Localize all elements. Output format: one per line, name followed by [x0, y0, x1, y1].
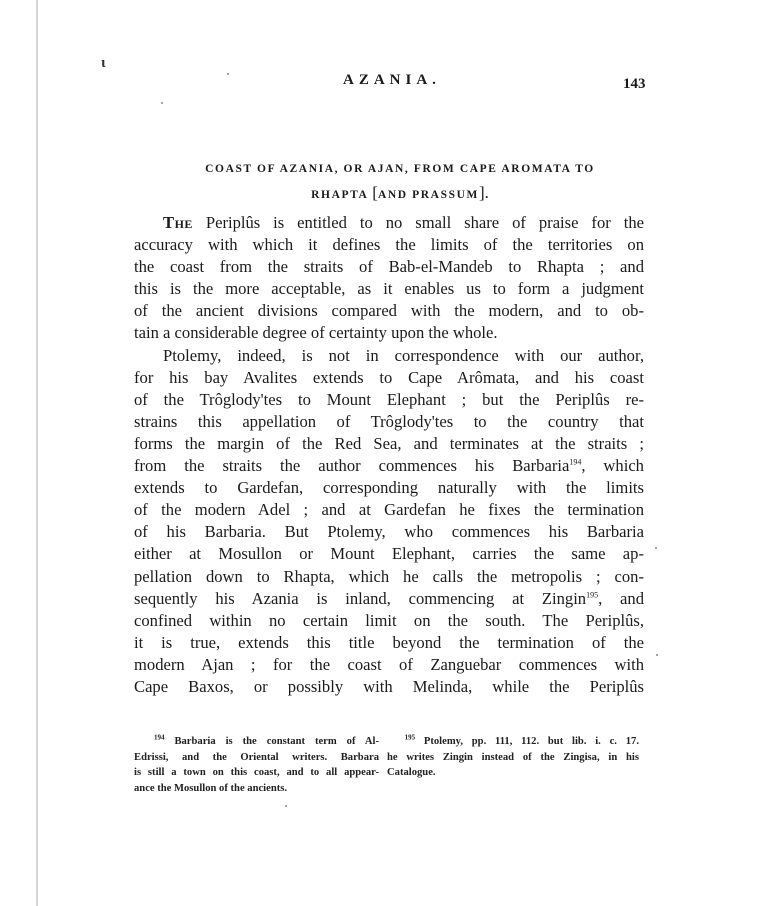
chapter-heading-bracket-text: AND PRASSUM	[378, 189, 479, 201]
footnote-line: 195 Ptolemy, pp. 111, 112. but lib. i. c…	[387, 734, 639, 750]
footnote-195: 195 Ptolemy, pp. 111, 112. but lib. i. c…	[387, 734, 639, 781]
text-line: the coast from the straits of Bab-el-Man…	[134, 256, 644, 278]
footnote-line: is still a town on this coast, and to al…	[134, 765, 379, 781]
chapter-heading-rhapta: RHAPTA	[311, 189, 368, 201]
scan-speck	[656, 654, 658, 656]
footnote-194: 194 Barbaria is the constant term of Al-…	[134, 734, 379, 796]
text-line: from the straits the author commences hi…	[134, 455, 644, 477]
text-line: of his Barbaria. But Ptolemy, who commen…	[134, 521, 644, 543]
text-line: extends to Gardefan, corresponding natur…	[134, 477, 644, 499]
text-line: for his bay Avalites extends to Cape Arô…	[134, 367, 644, 389]
text-line: forms the margin of the Red Sea, and ter…	[134, 433, 644, 455]
text-line: modern Ajan ; for the coast of Zanguebar…	[134, 654, 644, 676]
text-line: of the Trôglody'tes to Mount Elephant ; …	[134, 389, 644, 411]
text-line: Ptolemy, indeed, is not in correspondenc…	[134, 345, 644, 367]
chapter-heading-line-1: COAST OF AZANIA, OR AJAN, FROM CAPE AROM…	[150, 158, 650, 181]
chapter-heading-line-2: RHAPTA [AND PRASSUM].	[150, 181, 650, 207]
footnote-line: he writes Zingin instead of the Zingisa,…	[387, 750, 639, 766]
running-head: AZANIA. 143	[0, 72, 780, 96]
footnote-ref-194[interactable]: 194	[569, 458, 581, 467]
page-number: 143	[623, 76, 646, 93]
text-line: accuracy with which it defines the limit…	[134, 234, 644, 256]
footnote-line: ance the Mosullon of the ancients.	[134, 781, 379, 797]
scan-speck	[285, 805, 287, 807]
footnote-ref-195[interactable]: 195	[586, 590, 598, 599]
footnotes: 194 Barbaria is the constant term of Al-…	[134, 734, 644, 804]
text-line: either at Mosullon or Mount Elephant, ca…	[134, 543, 644, 565]
text-line: tain a considerable degree of certainty …	[134, 322, 644, 344]
running-title: AZANIA.	[343, 72, 441, 89]
text-line: this is the more acceptable, as it enabl…	[134, 278, 644, 300]
footnote-line: 194 Barbaria is the constant term of Al-	[134, 734, 379, 750]
text-line: strains this appellation of Trôglody'tes…	[134, 411, 644, 433]
bracket-close: ].	[479, 183, 489, 202]
body-text: The Periplûs is entitled to no small sha…	[134, 212, 644, 698]
text-line: The Periplûs is entitled to no small sha…	[134, 212, 644, 234]
footnote-marker: 194	[154, 733, 165, 741]
text-line: Cape Baxos, or possibly with Melinda, wh…	[134, 676, 644, 698]
text-line: of the ancient divisions compared with t…	[134, 300, 644, 322]
page-edge-line	[36, 0, 38, 906]
scan-speck	[161, 102, 163, 104]
scan-speck	[227, 73, 229, 75]
paragraph-1: The Periplûs is entitled to no small sha…	[134, 212, 644, 345]
stray-print-mark: ι	[101, 55, 106, 72]
footnote-line: Edrissi, and the Oriental writers. Barba…	[134, 750, 379, 766]
footnote-marker: 195	[405, 733, 416, 741]
paragraph-2: Ptolemy, indeed, is not in correspondenc…	[134, 345, 644, 699]
dropcap-word: The	[163, 213, 193, 232]
footnote-line: Catalogue.	[387, 765, 639, 781]
text-line: of the modern Adel ; and at Gardefan he …	[134, 499, 644, 521]
text-line: it is true, extends this title beyond th…	[134, 632, 644, 654]
chapter-heading: COAST OF AZANIA, OR AJAN, FROM CAPE AROM…	[150, 158, 650, 207]
text-line: confined within no certain limit on the …	[134, 610, 644, 632]
text-line: sequently his Azania is inland, commenci…	[134, 588, 644, 610]
scan-speck	[655, 547, 657, 549]
text-line: pellation down to Rhapta, which he calls…	[134, 566, 644, 588]
